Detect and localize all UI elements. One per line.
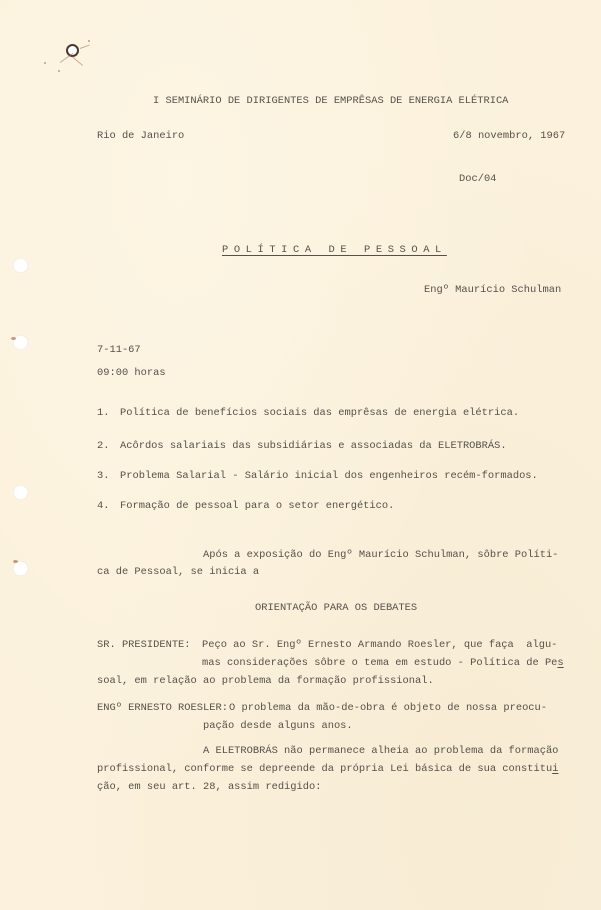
speaker-name: ENGº ERNESTO ROESLER: [97,702,228,714]
agenda-item: Formação de pessoal para o setor energét… [120,500,394,512]
punch-hole [13,561,28,576]
speech-line: Peço ao Sr. Engº Ernesto Armando Roesler… [202,639,557,651]
intro-paragraph-line: ca de Pessoal, se inicia a [97,566,259,578]
rust-stain [72,56,83,66]
agenda-item: Política de benefícios sociais das emprê… [120,407,519,419]
rust-stain [80,45,90,49]
date-range: 6/8 novembro, 1967 [453,130,565,142]
punch-hole [13,258,28,273]
document-title: POLÍTICA DE PESSOAL [222,244,447,256]
session-date: 7-11-67 [97,344,141,356]
session-time: 09:00 horas [97,367,166,379]
seminar-header: I SEMINÁRIO DE DIRIGENTES DE EMPRÊSAS DE… [153,95,508,107]
speech-line: pação desde alguns anos. [203,720,353,732]
location: Rio de Janeiro [97,130,184,142]
intro-paragraph-line: Após a exposição do Engº Maurício Schulm… [203,549,558,561]
agenda-number: 3. [97,470,109,482]
speech-line: soal, em relação ao problema da formação… [97,675,434,687]
speech-line: O problema da mão-de-obra é objeto de no… [229,702,547,714]
paragraph-line: A ELETROBRÁS não permanece alheia ao pro… [203,745,558,757]
agenda-item: Acôrdos salariais das subsidiárias e ass… [120,440,507,452]
agenda-number: 2. [97,440,109,452]
agenda-item: Problema Salarial - Salário inicial dos … [120,470,538,482]
document-page: I SEMINÁRIO DE DIRIGENTES DE EMPRÊSAS DE… [0,0,601,910]
punch-hole [13,485,28,500]
speaker-name: SR. PRESIDENTE: [97,639,191,651]
agenda-number: 1. [97,407,109,419]
rust-spot [88,40,90,42]
rust-spot [58,70,60,72]
paragraph-line: profissional, conforme se depreende da p… [97,763,558,775]
section-heading: ORIENTAÇÃO PARA OS DEBATES [255,602,417,614]
rust-spot [44,62,46,64]
author: Engº Maurício Schulman [424,284,561,296]
agenda-number: 4. [97,500,109,512]
rust-spot [13,560,18,563]
paragraph-line: ção, em seu art. 28, assim redigido: [97,781,321,793]
rust-spot [11,337,16,340]
speech-line: mas considerações sôbre o tema em estudo… [202,657,564,669]
doc-number: Doc/04 [459,173,496,185]
